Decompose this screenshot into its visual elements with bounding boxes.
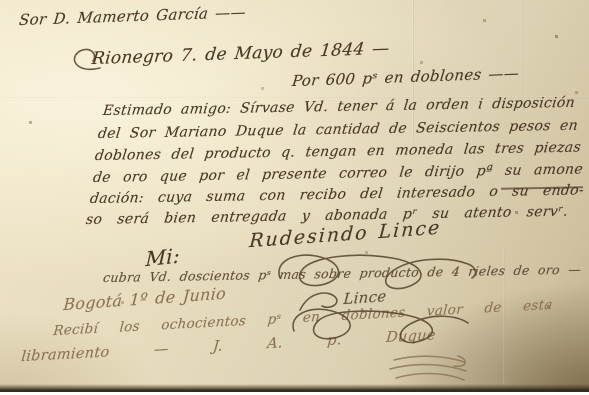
body-line-5: dación: cuya suma con recibo del interes… <box>89 182 585 207</box>
body-line-3: doblones del producto q. tengan en moned… <box>94 140 582 165</box>
amount-line: Por 600 pˢ en doblones —— <box>291 65 520 90</box>
body-line-2: del Sor Mariano Duque la cantidad de Sei… <box>97 118 579 143</box>
fold-crease-vertical-2 <box>521 0 523 95</box>
place-date-line: Bogotá 1º de Junio <box>63 285 227 315</box>
manuscript-photo: Sor D. Mamerto García ——Rionegro 7. de M… <box>0 0 589 392</box>
addressee-line: Sor D. Mamerto García —— <box>18 4 247 29</box>
screenshot-canvas: Sor D. Mamerto García ——Rionegro 7. de M… <box>0 0 589 395</box>
paper-speckles <box>0 0 1 1</box>
duque-flourish <box>388 352 472 388</box>
margin-mark: Mi: <box>145 244 180 271</box>
body-line-1: Estimado amigo: Sírvase Vd. tener á la o… <box>102 95 576 119</box>
dateline: Rionegro 7. de Mayo de 1844 — <box>91 40 390 70</box>
paper-bottom-edge <box>0 384 589 392</box>
body-line-4: de oro que por el presente correo le dir… <box>92 161 584 186</box>
